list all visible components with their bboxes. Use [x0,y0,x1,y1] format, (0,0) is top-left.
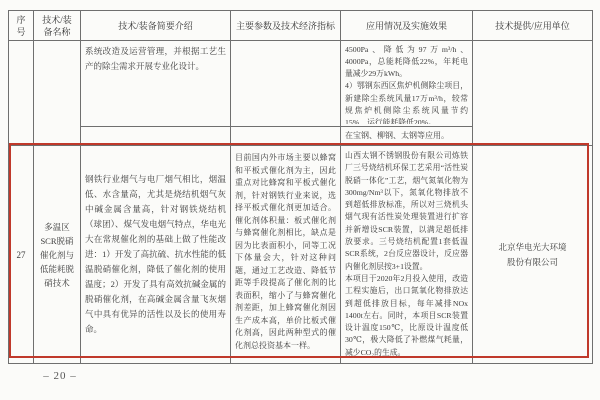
cell-params-row26 [231,41,341,127]
application-summary-text: 在宝钢、柳钢、太钢等应用。 [345,130,468,143]
document-page: 序号 技术/装备名称 技术/装备简要介绍 主要参数及技术经济指标 应用情况及实施… [0,0,600,400]
page-number: – 20 – [28,370,92,382]
header-tech-name: 技术/装备名称 [34,11,81,41]
effect27-paragraph-2: 本项目于2020年2月投入使用，改造工程实施后，出口氮氧化物排放达到超低排放目标… [345,273,468,359]
cell-name-row26 [34,41,81,146]
cell-provider-row27: 北京华电光大环境股份有限公司 [473,146,593,364]
table-row-27: 27 多温区SCR脱硝催化剂与低能耗脱硝技术 钢铁行业烟气与电厂烟气相比，烟温低… [9,146,593,364]
provider-unit-text: 北京华电光大环境股份有限公司 [495,240,571,270]
cell-name-row27: 多温区SCR脱硝催化剂与低能耗脱硝技术 [34,146,81,364]
cell-serial-row27: 27 [9,146,34,364]
cell-serial-row26 [9,41,34,146]
effect-paragraph-2: 4）鄂钢东西区焦炉机侧除尘项目，新建除尘系统风量17万m³/h，较常规焦炉机侧除… [345,80,468,123]
cell-effect-row27: 山西太钢不锈钢股份有限公司炼铁厂三号烧结机环保工艺采用“活性炭脱硝一体化”工艺，… [341,146,473,364]
table-header-row: 序号 技术/装备名称 技术/装备简要介绍 主要参数及技术经济指标 应用情况及实施… [9,11,593,41]
table-row-26-main: 系统改造及运营管理，并根据工艺生产的除尘需求开展专业化设计。 4500Pa、降低… [9,41,593,127]
header-serial-number: 序号 [9,11,34,41]
tech-name-text: 多温区SCR脱硝催化剂与低能耗脱硝技术 [38,220,76,290]
tech-params-text: 目前国内外市场主要以蜂窝和平板式催化剂为主，因此重点对比蜂窝和平板式催化剂，针对… [235,148,336,361]
technology-catalog-table: 序号 技术/装备名称 技术/装备简要介绍 主要参数及技术经济指标 应用情况及实施… [8,10,593,364]
header-tech-params: 主要参数及技术经济指标 [231,11,341,41]
header-tech-intro: 技术/装备简要介绍 [81,11,231,41]
header-application-effect: 应用情况及实施效果 [341,11,473,41]
cell-intro-row26: 系统改造及运营管理，并根据工艺生产的除尘需求开展专业化设计。 [81,41,231,127]
cell-effect-row26: 4500Pa、降低为97万m³/h、4000Pa，总能耗降低22%，年耗电量减少… [341,41,473,127]
tech-intro-text: 钢铁行业烟气与电厂烟气相比，烟温低、水含量高，尤其是烧结机烟气灰中碱金属含量高，… [85,172,226,337]
cell-provider-row26 [473,41,593,146]
effect-paragraph-1: 4500Pa、降低为97万m³/h、4000Pa，总能耗降低22%，年耗电量减少… [345,44,468,81]
cell-application-summary: 在宝钢、柳钢、太钢等应用。 [341,127,473,146]
cell-params-row26b [231,127,341,146]
cell-intro-row27: 钢铁行业烟气与电厂烟气相比，烟温低、水含量高，尤其是烧结机烟气灰中碱金属含量高，… [81,146,231,364]
cell-intro-row26b [81,127,231,146]
intro-tail-text: 系统改造及运营管理，并根据工艺生产的除尘需求开展专业化设计。 [85,44,226,124]
header-provider-unit: 技术提供/应用单位 [473,11,593,41]
effect27-paragraph-1: 山西太钢不锈钢股份有限公司炼铁厂三号烧结机环保工艺采用“活性炭脱硝一体化”工艺，… [345,150,468,273]
serial-number-text: 27 [13,250,29,260]
cell-params-row27: 目前国内外市场主要以蜂窝和平板式催化剂为主，因此重点对比蜂窝和平板式催化剂，针对… [231,146,341,364]
